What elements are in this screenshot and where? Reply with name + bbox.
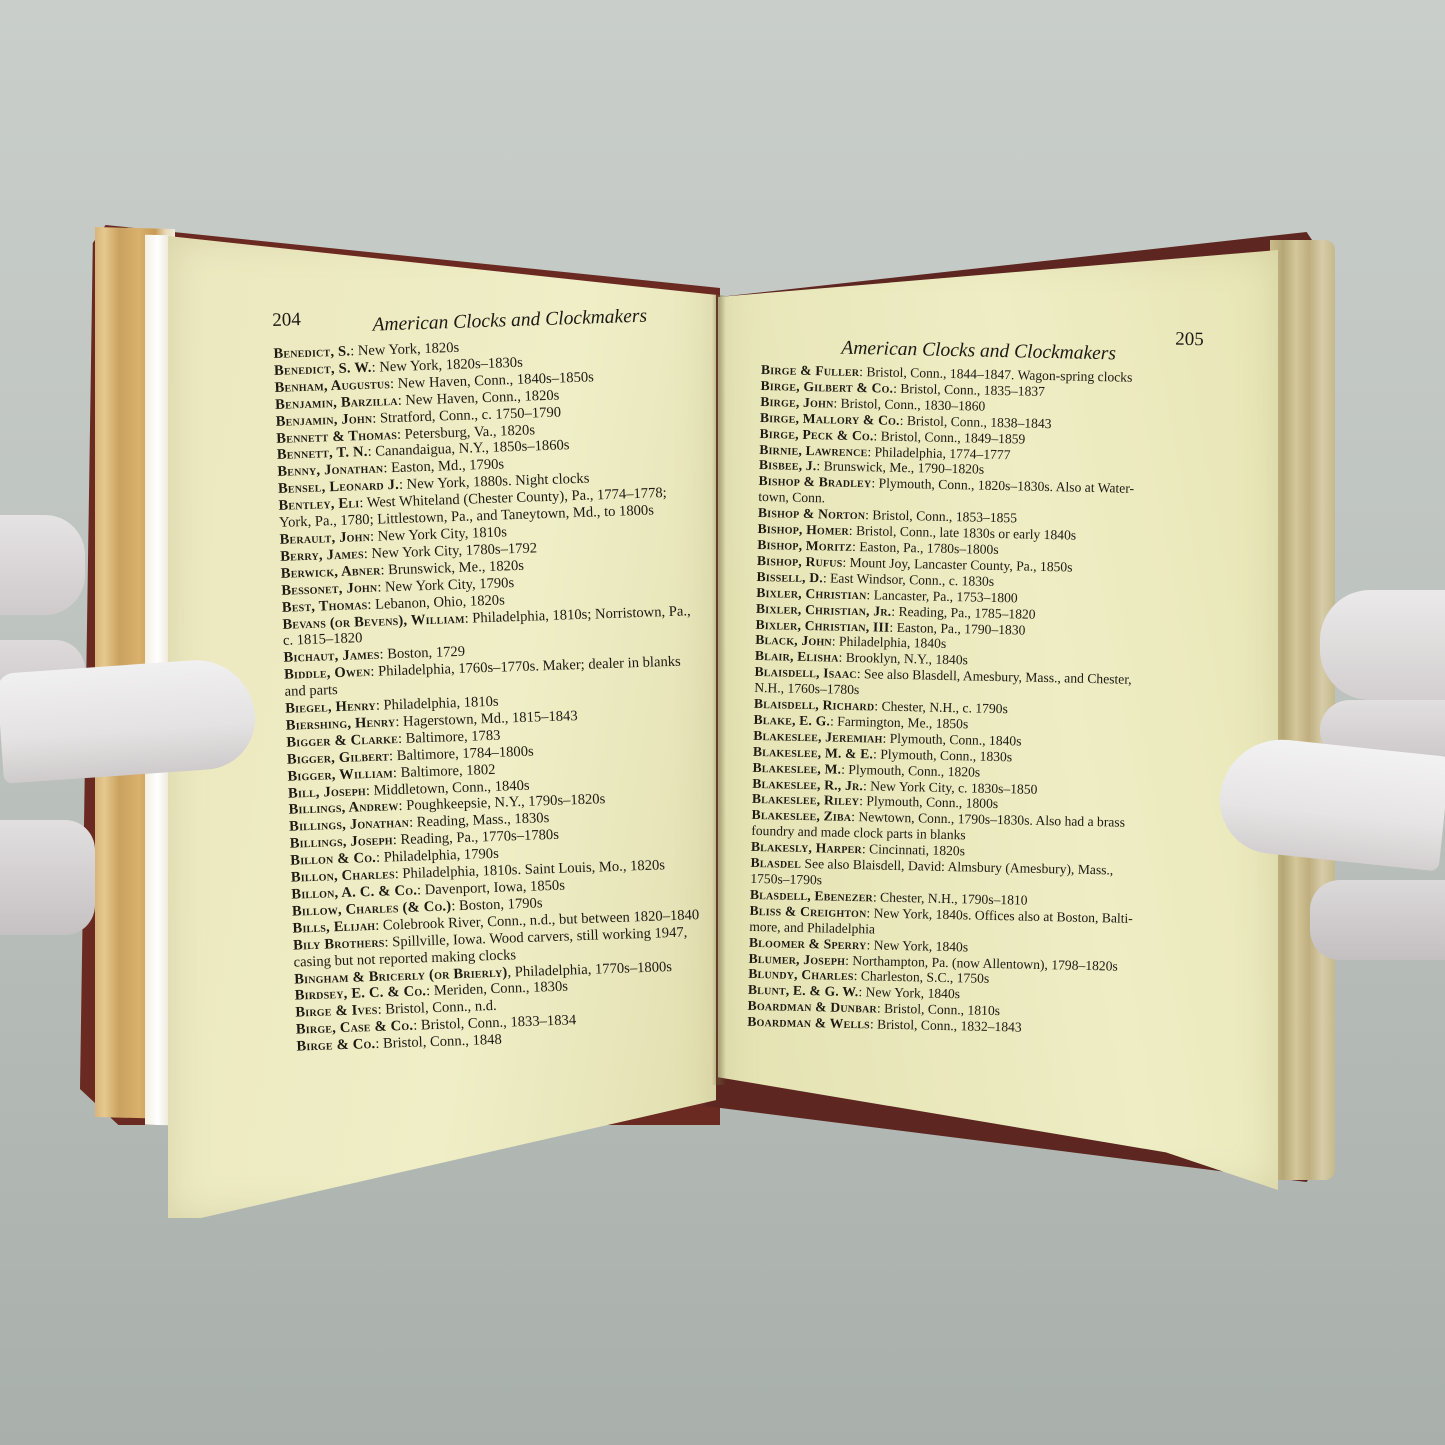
entry-name: Bixler, Christian, Jr. xyxy=(756,601,892,619)
entry-name: Bixler, Christian, III xyxy=(755,616,889,634)
right-glove-finger xyxy=(1320,590,1445,700)
open-book: 204 American Clocks and Clockmakers Bene… xyxy=(0,0,1445,1445)
entry-name: Blaisdell, Isaac xyxy=(754,664,856,681)
entry-name: Boardman & Dunbar xyxy=(747,998,877,1016)
entry-details: : Easton, Pa., 1780s–1800s xyxy=(852,539,999,557)
entry-details: : Cincinnati, 1820s xyxy=(862,841,965,858)
entry-details: : New York, 1840s xyxy=(866,937,968,954)
left-glove-thumb xyxy=(0,656,259,784)
entry-name: Blaisdell, Richard xyxy=(754,696,875,714)
entry-name: Blake, E. G. xyxy=(753,712,830,729)
entry-name: Bissell, D. xyxy=(756,569,823,585)
right-page-header: American Clocks and Clockmakers 205 xyxy=(761,320,1192,365)
entry-name: Blakeslee, R., Jr. xyxy=(752,775,863,792)
entry-name: Bloomer & Sperry xyxy=(749,934,867,951)
entry-name: Birge, Gilbert & Co. xyxy=(760,378,893,396)
entry-name: Blakeslee, Riley xyxy=(752,791,860,808)
running-head: American Clocks and Clockmakers xyxy=(372,306,647,337)
entry-name: Benedict, S. xyxy=(273,343,350,362)
entry-name: Benedict, S. W. xyxy=(274,360,372,379)
entry-name: Bill, Joseph xyxy=(288,783,366,802)
entry-details: : Plymouth, Conn., 1830s xyxy=(873,746,1012,764)
entry-details: : New York, 1840s xyxy=(858,985,960,1002)
entry-name: Blakesly, Harper xyxy=(751,839,862,856)
clockmaker-list: Benedict, S.: New York, 1820sBenedict, S… xyxy=(273,332,726,1056)
page-number: 205 xyxy=(1175,329,1204,352)
entry-name: Bishop, Homer xyxy=(757,521,849,538)
entry-details: : Plymouth, Conn., 1840s xyxy=(882,730,1021,748)
entry-name: Birge & Ives xyxy=(295,1002,378,1021)
entry-name: Bily Brothers xyxy=(293,934,385,953)
entry-name: Blakeslee, M. & E. xyxy=(753,744,873,762)
entry-name: Blumer, Joseph xyxy=(748,950,845,967)
left-glove-finger xyxy=(0,820,95,935)
entry-name: Bessonet, John xyxy=(281,579,378,598)
entry-name: Bills, Elijah xyxy=(292,918,375,937)
entry-details: : Boston, 1729 xyxy=(379,644,465,663)
entry-details: : Bristol, Conn., 1810s xyxy=(877,1001,1000,1019)
entry-name: Blasdell, Ebenezer xyxy=(750,887,873,905)
page-edges-right xyxy=(1270,240,1335,1180)
entry-details: : Farmington, Me., 1850s xyxy=(830,713,968,731)
entry-name: Bishop, Rufus xyxy=(757,553,843,570)
right-page-text: American Clocks and Clockmakers 205 Birg… xyxy=(747,320,1192,1039)
entry-name: Berry, James xyxy=(280,546,364,565)
entry-name: Biddle, Owen xyxy=(284,664,371,683)
entry-details: : Easton, Pa., 1790–1830 xyxy=(889,619,1025,637)
entry-name: Boardman & Wells xyxy=(747,1014,870,1032)
entry-details: : Reading, Pa., 1785–1820 xyxy=(891,603,1036,621)
entry-name: Bishop, Moritz xyxy=(757,537,852,554)
entry-name: Blasdel xyxy=(750,855,801,871)
entry-name: Birge & Fuller xyxy=(761,362,860,379)
entry-name: Birge, John xyxy=(760,394,834,411)
entry-name: Birge, Mallory & Co. xyxy=(760,410,900,428)
entry-name: Bennett, T. N. xyxy=(277,444,368,463)
entry-details: : Plymouth, Conn., 1800s xyxy=(859,794,998,812)
entry-name: Blakeslee, M. xyxy=(752,760,841,777)
entry-name: Benjamin, John xyxy=(275,410,372,429)
clockmaker-list: Birge & Fuller: Bristol, Conn., 1844–184… xyxy=(747,362,1191,1039)
page-number: 204 xyxy=(272,309,301,332)
entry-name: Billon & Co. xyxy=(290,850,376,869)
entry-name: Blakeslee, Jeremiah xyxy=(753,728,883,746)
entry-name: Birge & Co. xyxy=(296,1036,375,1055)
entry-details: : Boston, 1790s xyxy=(451,895,543,914)
entry-details: : Bristol, Conn., 1848 xyxy=(375,1032,502,1052)
right-glove-finger xyxy=(1310,880,1445,960)
entry-name: Bentley, Eli xyxy=(278,495,359,514)
entry-name: Bliss & Creighton xyxy=(749,903,866,920)
entry-name: Bishop & Norton xyxy=(758,505,866,522)
entry-name: Bichaut, James xyxy=(283,647,380,666)
entry-name: Blundy, Charles xyxy=(748,966,854,983)
entry-name: Birge, Peck & Co. xyxy=(759,426,873,443)
entry-details: : Philadelphia, 1840s xyxy=(832,634,947,651)
entry-details: : Plymouth, Conn., 1820s xyxy=(841,761,980,779)
entry-details: : Philadelphia, 1774–1777 xyxy=(867,444,1010,462)
entry-details: : Bristol, Conn., 1832–1843 xyxy=(870,1017,1022,1035)
entry-name: Blair, Elisha xyxy=(755,648,839,665)
entry-name: Bisbee, J. xyxy=(759,457,817,473)
entry-name: Berault, John xyxy=(279,529,370,548)
running-head: American Clocks and Clockmakers xyxy=(841,338,1116,366)
entry-name: Blakeslee, Ziba xyxy=(751,807,851,824)
left-glove-finger xyxy=(0,515,85,615)
entry-name: Blunt, E. & G. W. xyxy=(748,982,859,999)
entry-name: Best, Thomas xyxy=(282,597,368,616)
entry-name: Birnie, Lawrence xyxy=(759,442,867,459)
entry-name: Black, John xyxy=(755,632,832,649)
entry-name: Bishop & Bradley xyxy=(758,473,871,490)
left-page-text: 204 American Clocks and Clockmakers Bene… xyxy=(272,296,726,1056)
entry-details: : Charleston, S.C., 1750s xyxy=(853,969,989,987)
entry-name: Bixler, Christian xyxy=(756,585,867,602)
entry-details: : Brooklyn, N.Y., 1840s xyxy=(838,650,968,668)
entry-details: : Chester, N.H., c. 1790s xyxy=(874,698,1008,716)
entry-name: Biegel, Henry xyxy=(285,698,376,717)
